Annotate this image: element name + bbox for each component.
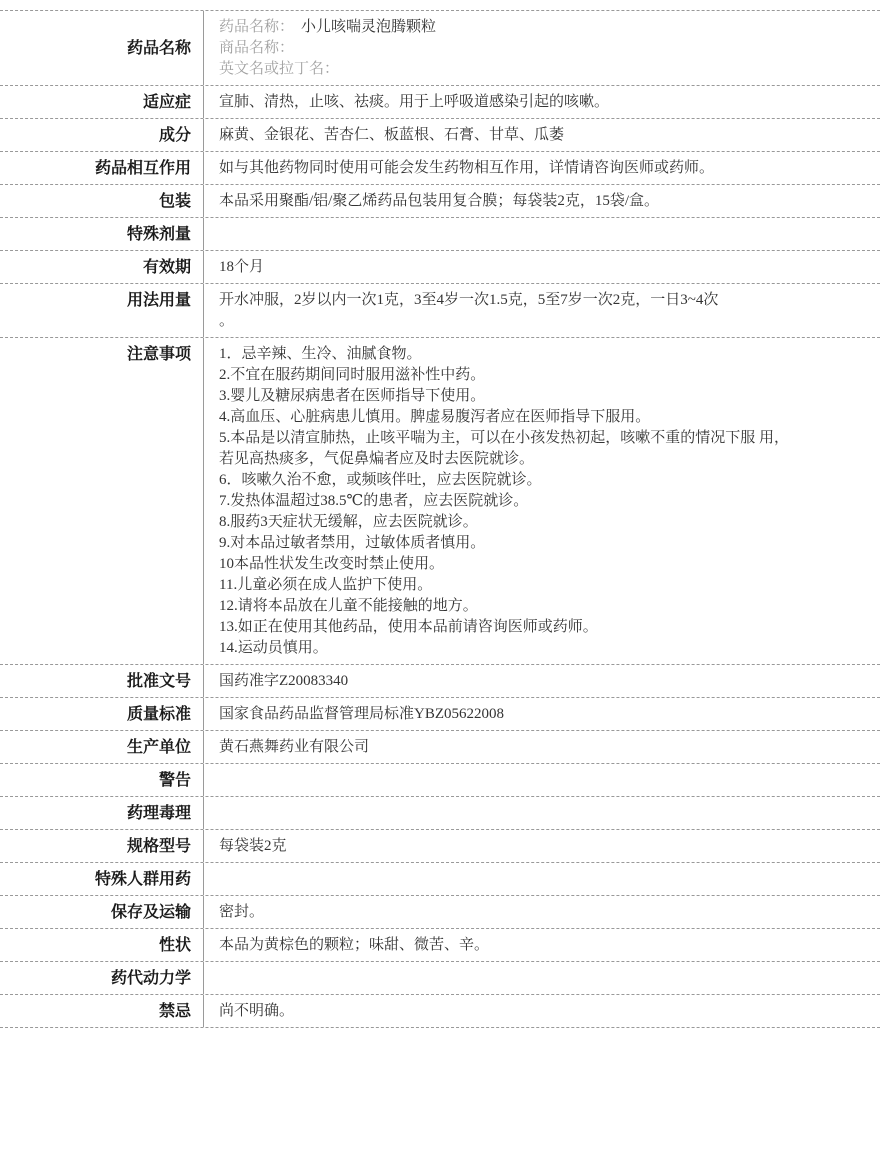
table-row-quality-standard: 质量标准国家食品药品监督管理局标准YBZ05622008	[0, 698, 880, 731]
row-value-precautions: 1．忌辛辣、生冷、油腻食物。 2.不宜在服药期间同时服用滋补性中药。 3.婴儿及…	[204, 338, 880, 664]
row-value-dosage-usage: 开水冲服，2岁以内一次1克，3至4岁一次1.5克，5至7岁一次2克，一日3~4次…	[204, 284, 880, 337]
row-label-pharmacology-toxicology: 药理毒理	[0, 797, 204, 829]
row-value-special-population	[204, 863, 880, 895]
table-row-indications: 适应症宣肺、清热，止咳、祛痰。用于上呼吸道感染引起的咳嗽。	[0, 86, 880, 119]
row-value-indications: 宣肺、清热，止咳、祛痰。用于上呼吸道感染引起的咳嗽。	[204, 86, 880, 118]
table-row-special-population: 特殊人群用药	[0, 863, 880, 896]
field-label: 商品名称：	[219, 40, 294, 56]
name-field-line: 商品名称：	[219, 38, 868, 59]
row-value-packaging: 本品采用聚酯/铝/聚乙烯药品包装用复合膜；每袋装2克，15袋/盒。	[204, 185, 880, 217]
table-row-warning: 警告	[0, 764, 880, 797]
row-label-precautions: 注意事项	[0, 338, 204, 664]
name-field-line: 英文名或拉丁名：	[219, 59, 868, 80]
table-row-packaging: 包装本品采用聚酯/铝/聚乙烯药品包装用复合膜；每袋装2克，15袋/盒。	[0, 185, 880, 218]
field-value: 小儿咳喘灵泡腾颗粒	[301, 19, 436, 35]
row-value-shelf-life: 18个月	[204, 251, 880, 283]
row-value-pharmacokinetics	[204, 962, 880, 994]
table-row-storage-transport: 保存及运输密封。	[0, 896, 880, 929]
row-label-drug-name: 药品名称	[0, 11, 204, 85]
drug-info-page: 药品名称药品名称：小儿咳喘灵泡腾颗粒商品名称：英文名或拉丁名：适应症宣肺、清热，…	[0, 10, 880, 1150]
row-value-quality-standard: 国家食品药品监督管理局标准YBZ05622008	[204, 698, 880, 730]
table-row-ingredients: 成分麻黄、金银花、苦杏仁、板蓝根、石膏、甘草、瓜萎	[0, 119, 880, 152]
row-value-storage-transport: 密封。	[204, 896, 880, 928]
row-label-manufacturer: 生产单位	[0, 731, 204, 763]
row-label-ingredients: 成分	[0, 119, 204, 151]
table-row-pharmacology-toxicology: 药理毒理	[0, 797, 880, 830]
row-value-specification: 每袋装2克	[204, 830, 880, 862]
row-label-dosage-usage: 用法用量	[0, 284, 204, 337]
table-row-contraindications: 禁忌尚不明确。	[0, 995, 880, 1028]
row-label-storage-transport: 保存及运输	[0, 896, 204, 928]
row-value-warning	[204, 764, 880, 796]
table-row-shelf-life: 有效期18个月	[0, 251, 880, 284]
row-value-drug-name: 药品名称：小儿咳喘灵泡腾颗粒商品名称：英文名或拉丁名：	[204, 11, 880, 85]
row-label-shelf-life: 有效期	[0, 251, 204, 283]
row-label-specification: 规格型号	[0, 830, 204, 862]
row-label-drug-interactions: 药品相互作用	[0, 152, 204, 184]
field-label: 药品名称：	[219, 19, 294, 35]
row-value-description: 本品为黄棕色的颗粒；味甜、微苦、辛。	[204, 929, 880, 961]
row-label-description: 性状	[0, 929, 204, 961]
table-row-dosage-usage: 用法用量开水冲服，2岁以内一次1克，3至4岁一次1.5克，5至7岁一次2克，一日…	[0, 284, 880, 338]
row-label-packaging: 包装	[0, 185, 204, 217]
row-value-manufacturer: 黄石燕舞药业有限公司	[204, 731, 880, 763]
row-label-pharmacokinetics: 药代动力学	[0, 962, 204, 994]
table-row-approval-number: 批准文号国药准字Z20083340	[0, 665, 880, 698]
table-row-pharmacokinetics: 药代动力学	[0, 962, 880, 995]
table-row-description: 性状本品为黄棕色的颗粒；味甜、微苦、辛。	[0, 929, 880, 962]
row-value-approval-number: 国药准字Z20083340	[204, 665, 880, 697]
row-value-pharmacology-toxicology	[204, 797, 880, 829]
table-row-manufacturer: 生产单位黄石燕舞药业有限公司	[0, 731, 880, 764]
row-label-approval-number: 批准文号	[0, 665, 204, 697]
row-label-special-dosage: 特殊剂量	[0, 218, 204, 250]
table-row-drug-name: 药品名称药品名称：小儿咳喘灵泡腾颗粒商品名称：英文名或拉丁名：	[0, 11, 880, 86]
row-label-contraindications: 禁忌	[0, 995, 204, 1027]
row-value-special-dosage	[204, 218, 880, 250]
row-label-indications: 适应症	[0, 86, 204, 118]
row-value-drug-interactions: 如与其他药物同时使用可能会发生药物相互作用，详情请咨询医师或药师。	[204, 152, 880, 184]
row-label-special-population: 特殊人群用药	[0, 863, 204, 895]
table-row-special-dosage: 特殊剂量	[0, 218, 880, 251]
row-value-contraindications: 尚不明确。	[204, 995, 880, 1027]
table-row-drug-interactions: 药品相互作用如与其他药物同时使用可能会发生药物相互作用，详情请咨询医师或药师。	[0, 152, 880, 185]
row-label-warning: 警告	[0, 764, 204, 796]
row-label-quality-standard: 质量标准	[0, 698, 204, 730]
drug-info-table: 药品名称药品名称：小儿咳喘灵泡腾颗粒商品名称：英文名或拉丁名：适应症宣肺、清热，…	[0, 10, 880, 1028]
table-row-precautions: 注意事项1．忌辛辣、生冷、油腻食物。 2.不宜在服药期间同时服用滋补性中药。 3…	[0, 338, 880, 665]
row-value-ingredients: 麻黄、金银花、苦杏仁、板蓝根、石膏、甘草、瓜萎	[204, 119, 880, 151]
field-label: 英文名或拉丁名：	[219, 61, 339, 77]
table-row-specification: 规格型号每袋装2克	[0, 830, 880, 863]
name-field-line: 药品名称：小儿咳喘灵泡腾颗粒	[219, 17, 868, 38]
